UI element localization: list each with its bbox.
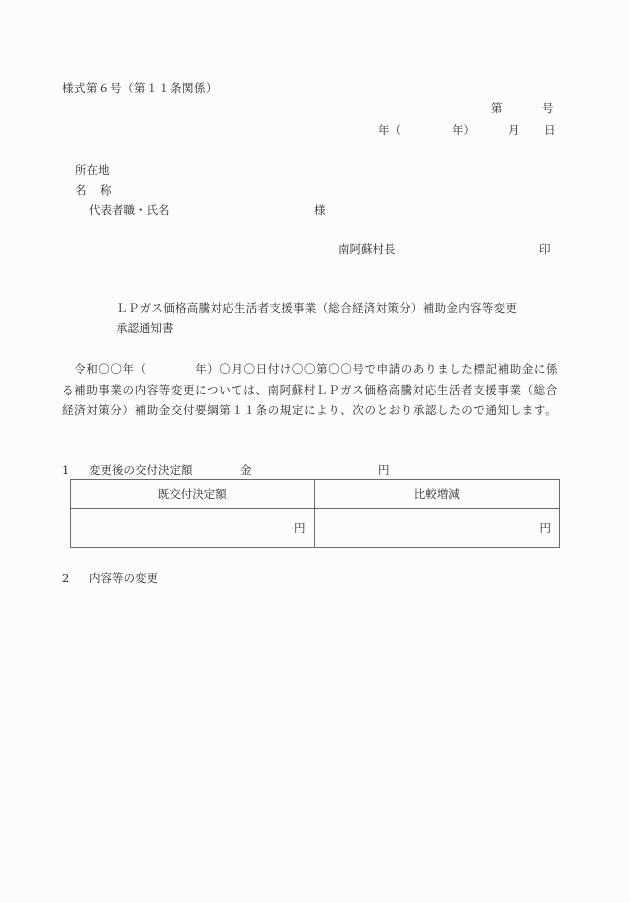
section-1-label: 変更後の交付決定額 (89, 463, 193, 477)
issuer-title: 南阿蘇村長 (338, 242, 396, 256)
table-header-row: 既交付決定額 比較増減 (71, 480, 560, 509)
header-previous-grant-amount: 既交付決定額 (71, 480, 315, 509)
addressee-location-label: 所在地 (75, 163, 110, 177)
date-year-alt-label: 年） (452, 123, 475, 137)
addressee-representative-label: 代表者職・氏名 (89, 203, 170, 217)
seal-mark: 印 (539, 242, 551, 256)
date-year-label: 年（ (378, 123, 401, 137)
addressee-honorific: 様 (314, 203, 326, 217)
section-1-amount-suffix: 円 (378, 463, 390, 477)
doc-number-suffix: 号 (542, 101, 554, 115)
body-paragraph-text: 令和〇〇年（ 年）〇月〇日付け〇〇第〇〇号で申請のありました標記補助金に係る補助… (62, 359, 562, 421)
addressee-name-label: 名 称 (75, 183, 113, 197)
document-title-line2: 承認通知書 (116, 321, 174, 335)
section-1-amount-prefix: 金 (240, 463, 252, 477)
form-id: 様式第６号（第１１条関係） (62, 81, 218, 95)
amounts-table: 既交付決定額 比較増減 円 円 (70, 479, 560, 548)
table-row: 円 円 (71, 509, 560, 548)
date-day-label: 日 (544, 123, 556, 137)
date-month-label: 月 (508, 123, 520, 137)
doc-number-prefix: 第 (491, 101, 503, 115)
cell-previous-grant-amount: 円 (71, 509, 315, 548)
section-2-number: 2 (62, 571, 69, 585)
section-2-label: 内容等の変更 (89, 571, 158, 585)
cell-difference: 円 (314, 509, 560, 548)
section-1-number: 1 (62, 463, 69, 477)
header-difference: 比較増減 (314, 480, 560, 509)
document-title-line1: ＬＰガス価格高騰対応生活者支援事業（総合経済対策分）補助金内容等変更 (116, 301, 517, 315)
body-paragraph: 令和〇〇年（ 年）〇月〇日付け〇〇第〇〇号で申請のありました標記補助金に係る補助… (62, 359, 562, 421)
